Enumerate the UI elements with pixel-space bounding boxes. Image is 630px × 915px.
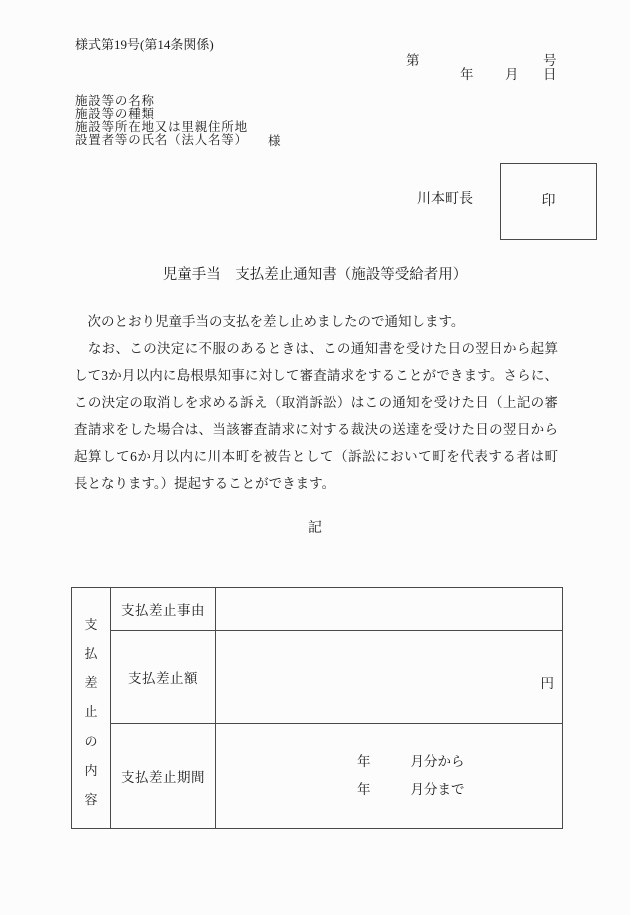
suspension-amount-label: 支払差止額 (111, 631, 216, 724)
suspension-amount-value-cell: 円 (216, 631, 563, 724)
suspension-period-label: 支払差止期間 (111, 724, 216, 829)
table-vertical-header-cell: 支払差止の内容 (72, 588, 111, 829)
honorific-sama: 様 (268, 135, 281, 148)
period-to-year-label: 年 (357, 782, 371, 797)
body-paragraph2-line: この決定の取消しを求める訴え（取消訴訟）はこの通知を受けた日（上記の審 (74, 389, 558, 416)
body-paragraph1-line: 次のとおり児童手当の支払を差し止めましたので通知します。 (74, 308, 558, 335)
suspension-period-lines: 年月分から 年月分まで (216, 748, 562, 804)
body-paragraph2-line: 起算して6か月以内に川本町を被告として（訴訟において町を代表する者は町 (74, 443, 558, 470)
body-paragraph2-line: して3か月以内に島根県知事に対して審査請求をすることができます。さらに、 (74, 362, 558, 389)
vertical-header-suspension-contents: 支払差止の内容 (72, 589, 110, 828)
period-to-line: 年月分まで (357, 776, 562, 804)
suspension-reason-label: 支払差止事由 (111, 588, 216, 631)
sender-name: 川本町長 (417, 193, 473, 207)
document-title: 児童手当 支払差止通知書（施設等受給者用） (0, 268, 630, 283)
ki-heading: 記 (0, 522, 630, 536)
suspension-period-value-cell: 年月分から 年月分まで (216, 724, 563, 829)
recipient-facility-type-label: 施設等の種類 (75, 108, 248, 121)
recipient-founder-name-label: 設置者等の氏名（法人名等） (75, 134, 248, 147)
doc-number-suffix: 号 (543, 54, 557, 68)
date-year-label: 年 (460, 68, 474, 82)
document-page: 様式第19号(第14条関係) 第 号 年 月 日 施設等の名称 施設等の種類 施… (0, 0, 630, 915)
period-from-month-label: 月分から (411, 754, 465, 769)
recipient-block: 施設等の名称 施設等の種類 施設等所在地又は里親住所地 設置者等の氏名（法人名等… (75, 95, 248, 147)
official-seal-box: 印 (500, 163, 597, 240)
yen-unit-label: 円 (541, 676, 555, 691)
body-paragraph2-line: 査請求をした場合は、当該審査請求に対する裁決の送達を受けた日の翌日から (74, 416, 558, 443)
doc-number-prefix: 第 (406, 54, 420, 68)
date-day-label: 日 (543, 68, 557, 82)
body-text: 次のとおり児童手当の支払を差し止めましたので通知します。 なお、この決定に不服の… (74, 308, 558, 497)
suspension-details-table: 支払差止の内容 支払差止事由 支払差止額 円 支払差止期間 年月分から 年月分ま… (71, 587, 563, 829)
seal-placeholder-label: 印 (542, 195, 556, 209)
recipient-facility-address-label: 施設等所在地又は里親住所地 (75, 121, 248, 134)
period-to-month-label: 月分まで (411, 782, 465, 797)
period-from-year-label: 年 (357, 754, 371, 769)
suspension-reason-value-cell (216, 588, 563, 631)
recipient-facility-name-label: 施設等の名称 (75, 95, 248, 108)
body-paragraph2-line: なお、この決定に不服のあるときは、この通知書を受けた日の翌日から起算 (74, 335, 558, 362)
body-paragraph2-line: 長となります。）提起することができます。 (74, 470, 558, 497)
date-month-label: 月 (505, 68, 519, 82)
period-from-line: 年月分から (357, 748, 562, 776)
form-number: 様式第19号(第14条関係) (75, 38, 214, 51)
